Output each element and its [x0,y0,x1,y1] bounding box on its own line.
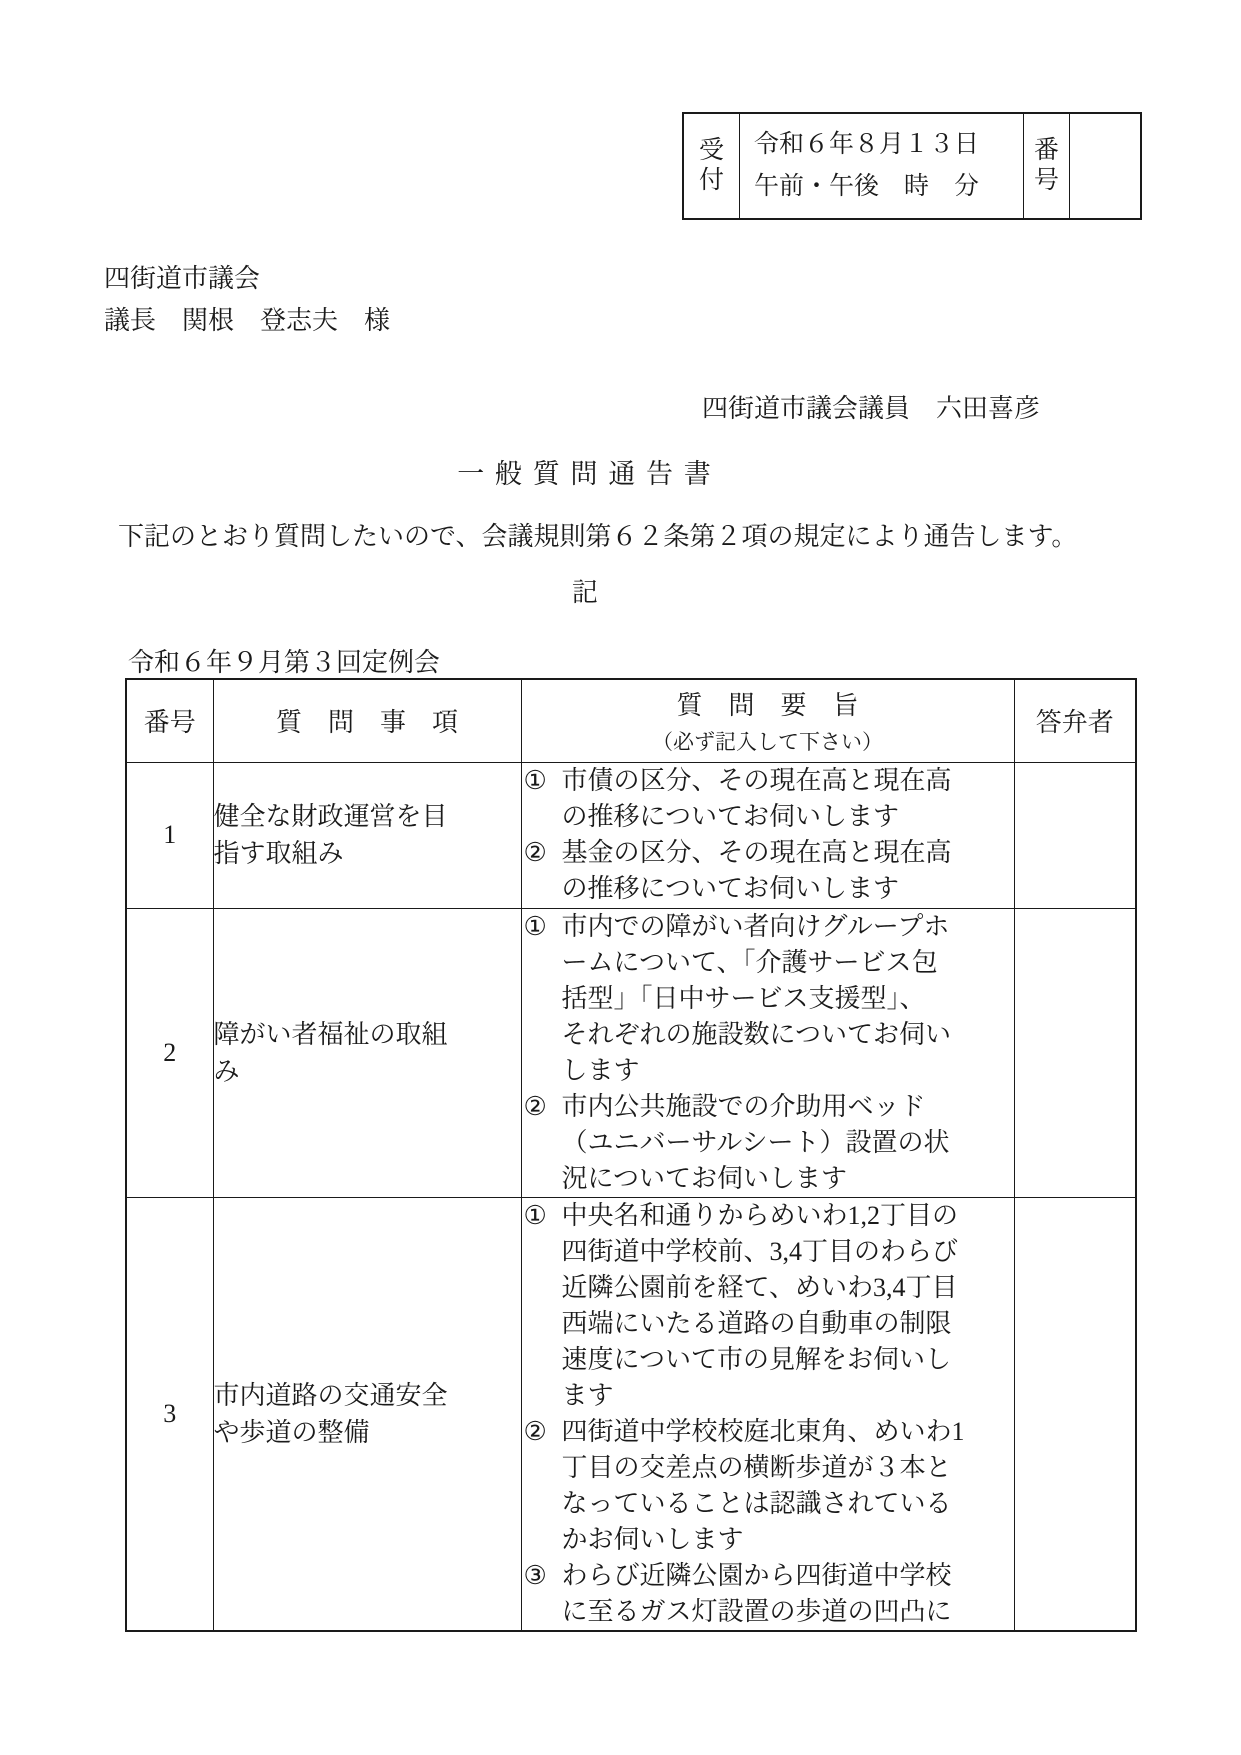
question-line: わらび近隣公園から四街道中学校 [562,1558,1014,1594]
row-subject: 市内道路の交通安全 や歩道の整備 [213,1197,521,1631]
header-summary-note: （必ず記入して下さい） [522,726,1014,756]
question-line: 市債の区分、その現在高と現在高 [562,763,1014,799]
question-line: の推移についてお伺いします [562,871,1014,907]
document-page: 受付 令和６年８月１３日 午前・午後 時 分 番号 四街道市議会 議長 関根 登… [0,0,1241,1755]
question-line: なっていることは認識されている [562,1486,1014,1522]
header-summary-cell: 質 問 要 旨 （必ず記入して下さい） [521,679,1014,762]
circled-number-icon: ② [524,1089,547,1125]
question-line: それぞれの施設数についてお伺い [562,1017,1014,1053]
question-line: に至るガス灯設置の歩道の凹凸に [562,1594,1014,1630]
question-item: ② 四街道中学校校庭北東角、めいわ1 丁目の交差点の横断歩道が３本と なっている… [522,1414,1014,1558]
reception-ampm-time: 午前・午後 時 分 [754,166,1023,208]
row-summary: ① 市内での障がい者向けグループホ ームについて、「介護サービス包 括型」「日中… [521,908,1014,1197]
reception-label: 受付 [697,136,726,196]
question-line: 基金の区分、その現在高と現在高 [562,835,1014,871]
question-line: 丁目の交差点の横断歩道が３本と [562,1450,1014,1486]
question-line: （ユニバーサルシート）設置の状 [562,1125,1014,1161]
addressee-chairman: 議長 関根 登志夫 様 [104,300,390,342]
subject-line: 障がい者福祉の取組 [214,1016,521,1053]
header-subject: 質 問 事 項 [213,679,521,762]
subject-line: 健全な財政運営を目 [214,798,521,835]
reception-date-cell: 令和６年８月１３日 午前・午後 時 分 [740,113,1024,219]
question-line: 況についてお伺いします [562,1161,1014,1197]
question-item: ② 基金の区分、その現在高と現在高 の推移についてお伺いします [522,835,1014,907]
question-line: 中央名和通りからめいわ1,2丁目の [562,1198,1014,1234]
question-item: ② 市内公共施設での介助用ベッド （ユニバーサルシート）設置の状 況についてお伺… [522,1089,1014,1197]
circled-number-icon: ③ [524,1558,547,1594]
question-line: 市内での障がい者向けグループホ [562,909,1014,945]
reception-number-label-cell: 番号 [1024,113,1070,219]
row-number: 3 [126,1197,213,1631]
question-item: ① 市債の区分、その現在高と現在高 の推移についてお伺いします [522,763,1014,835]
question-item: ① 中央名和通りからめいわ1,2丁目の 四街道中学校前、3,4丁目のわらび 近隣… [522,1198,1014,1414]
addressee-organization: 四街道市議会 [104,258,390,300]
subject-line: み [214,1053,521,1090]
circled-number-icon: ① [524,1198,547,1234]
circled-number-icon: ② [524,1414,547,1450]
question-line: 西端にいたる道路の自動車の制限 [562,1306,1014,1342]
circled-number-icon: ① [524,909,547,945]
row-summary: ① 中央名和通りからめいわ1,2丁目の 四街道中学校前、3,4丁目のわらび 近隣… [521,1197,1014,1631]
table-header-row: 番号 質 問 事 項 質 問 要 旨 （必ず記入して下さい） 答弁者 [126,679,1136,762]
header-number: 番号 [126,679,213,762]
question-line: 市内公共施設での介助用ベッド [562,1089,1014,1125]
circled-number-icon: ① [524,763,547,799]
question-line: 近隣公園前を経て、めいわ3,4丁目 [562,1270,1014,1306]
subject-line: や歩道の整備 [214,1414,521,1451]
question-item: ③ わらび近隣公園から四街道中学校 に至るガス灯設置の歩道の凹凸に [522,1558,1014,1630]
note-mark: 記 [125,572,1045,609]
row-subject: 障がい者福祉の取組 み [213,908,521,1197]
header-respondent: 答弁者 [1014,679,1136,762]
row-subject: 健全な財政運営を目 指す取組み [213,762,521,908]
table-row: 3 市内道路の交通安全 や歩道の整備 ① 中央名和通りからめいわ1,2丁目の 四… [126,1197,1136,1631]
reception-box: 受付 令和６年８月１３日 午前・午後 時 分 番号 [682,112,1142,220]
reception-number-value-cell [1070,113,1142,219]
document-title: 一 般 質 問 通 告 書 [0,452,1170,491]
subject-line: 指す取組み [214,835,521,872]
addressee-block: 四街道市議会 議長 関根 登志夫 様 [104,258,390,342]
circled-number-icon: ② [524,835,547,871]
question-line: します [562,1053,1014,1089]
question-line: 四街道中学校前、3,4丁目のわらび [562,1234,1014,1270]
table-row: 1 健全な財政運営を目 指す取組み ① 市債の区分、その現在高と現在高 の推移に… [126,762,1136,908]
row-summary: ① 市債の区分、その現在高と現在高 の推移についてお伺いします ② 基金の区分、… [521,762,1014,908]
question-line: 四街道中学校校庭北東角、めいわ1 [562,1414,1014,1450]
body-text: 下記のとおり質問したいので、会議規則第６２条第２項の規定により通告します。 [118,516,1077,553]
question-line: 速度について市の見解をお伺いし [562,1342,1014,1378]
row-number: 1 [126,762,213,908]
question-line: 括型」「日中サービス支援型」、 [562,981,1014,1017]
question-line: ームについて、「介護サービス包 [562,945,1014,981]
reception-label-cell: 受付 [683,113,740,219]
question-table: 番号 質 問 事 項 質 問 要 旨 （必ず記入して下さい） 答弁者 1 健全な… [125,678,1137,1632]
row-respondent [1014,908,1136,1197]
row-respondent [1014,762,1136,908]
session-label: 令和６年９月第３回定例会 [128,642,440,679]
subject-line: 市内道路の交通安全 [214,1377,521,1414]
header-summary: 質 問 要 旨 [522,685,1014,722]
reception-number-label: 番号 [1032,136,1061,196]
reception-date: 令和６年８月１３日 [754,124,1023,166]
question-item: ① 市内での障がい者向けグループホ ームについて、「介護サービス包 括型」「日中… [522,909,1014,1089]
sender-name: 四街道市議会議員 六田喜彦 [702,388,1040,425]
question-line: の推移についてお伺いします [562,799,1014,835]
row-number: 2 [126,908,213,1197]
question-line: ます [562,1378,1014,1414]
question-line: かお伺いします [562,1522,1014,1558]
table-row: 2 障がい者福祉の取組 み ① 市内での障がい者向けグループホ ームについて、「… [126,908,1136,1197]
row-respondent [1014,1197,1136,1631]
